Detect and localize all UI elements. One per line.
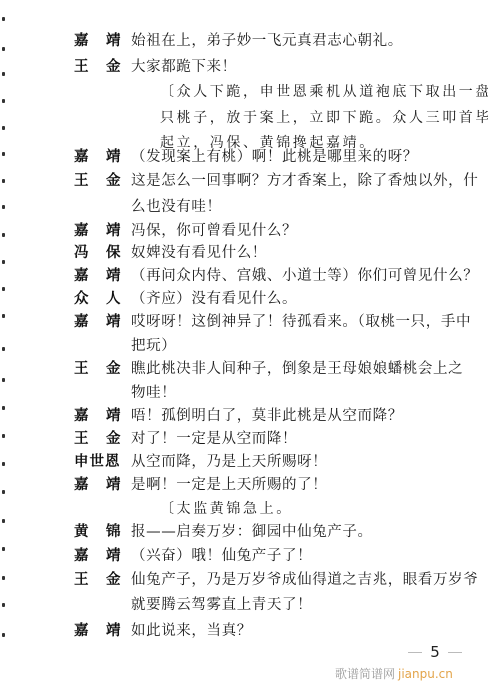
- dialogue-text: 大家都跪下来！: [131, 56, 237, 78]
- speaker-name-char: 嘉: [74, 405, 89, 427]
- speaker-name-char: 嘉: [74, 146, 89, 168]
- dialogue-text: 始祖在上，弟子妙一飞元真君志心朝礼。: [131, 30, 403, 52]
- dialogue-text: 从空而降，乃是上天所赐呀！: [131, 451, 327, 473]
- dialogue-line: 嘉靖是啊！一定是上天所赐的了！: [0, 474, 488, 496]
- binding-hole-mark: [2, 17, 5, 21]
- dialogue-text: （齐应）没有看见什么。: [131, 288, 297, 310]
- dialogue-line: 申世恩从空而降，乃是上天所赐呀！: [0, 451, 488, 473]
- continuation-line: 物哇！: [0, 382, 488, 404]
- dialogue-line: 嘉靖（发现案上有桃）啊！此桃是哪里来的呀？: [0, 146, 488, 168]
- speaker-name-char: 靖: [106, 30, 121, 52]
- speaker-name-char: 靖: [106, 545, 121, 567]
- dialogue-text: （再问众内侍、宫娥、小道士等）你们可曾见什么？: [131, 265, 478, 287]
- speaker-name-char: 冯: [74, 242, 89, 264]
- speaker-name-char: 靖: [106, 220, 121, 242]
- speaker-name-char: 锦: [106, 521, 121, 543]
- dialogue-text: （兴奋）哦！仙兔产子了！: [131, 545, 312, 567]
- stage-direction-line: 〔太监黄锦急上。: [0, 498, 488, 520]
- speaker-name-char: 嘉: [74, 30, 89, 52]
- dialogue-line: 嘉靖如此说来，当真？: [0, 620, 488, 642]
- dialogue-text: 报——启奏万岁：御园中仙兔产子。: [131, 521, 373, 543]
- dialogue-line: 黄锦报——启奏万岁：御园中仙兔产子。: [0, 521, 488, 543]
- dialogue-line: 嘉靖唔！孤倒明白了，莫非此桃是从空而降？: [0, 405, 488, 427]
- dialogue-text: 唔！孤倒明白了，莫非此桃是从空而降？: [131, 405, 403, 427]
- script-page: 嘉靖始祖在上，弟子妙一飞元真君志心朝礼。王金大家都跪下来！〔众人下跪，申世恩乘机…: [0, 0, 488, 690]
- speaker-name-char: 金: [106, 428, 121, 450]
- dialogue-text: 是啊！一定是上天所赐的了！: [131, 474, 327, 496]
- speaker-name-char: 人: [106, 288, 121, 310]
- watermark: 歌谱简谱网jianpu.cn: [335, 665, 485, 687]
- speaker-name-char: 金: [106, 56, 121, 78]
- speaker-name-char: 嘉: [74, 220, 89, 242]
- stage-direction-text: 只桃子，放于案上，立即下跪。众人三叩首毕，: [160, 107, 488, 129]
- speaker-name-char: 靖: [106, 620, 121, 642]
- speaker-name-char: 保: [106, 242, 121, 264]
- dialogue-text: 瞧此桃决非人间种子，倒象是王母娘娘蟠桃会上之: [131, 358, 463, 380]
- dialogue-text: 仙兔产子，乃是万岁爷成仙得道之吉兆，眼看万岁爷: [131, 569, 478, 591]
- speaker-name-char: 王: [74, 569, 89, 591]
- speaker-name-char: 金: [106, 569, 121, 591]
- dialogue-text: 哎呀呀！这倒神异了！待孤看来。（取桃一只，手中: [131, 311, 471, 333]
- continuation-line: 么也没有哇！: [0, 196, 488, 218]
- speaker-name-char: 嘉: [74, 474, 89, 496]
- speaker-name-char: 王: [74, 358, 89, 380]
- speaker-name-char: 王: [74, 170, 89, 192]
- speaker-name-char: 众: [74, 288, 89, 310]
- dialogue-line: 众人（齐应）没有看见什么。: [0, 288, 488, 310]
- dialogue-text: 奴婢没有看见什么！: [131, 242, 267, 264]
- speaker-name-char: 靖: [106, 311, 121, 333]
- dialogue-text: （发现案上有桃）啊！此桃是哪里来的呀？: [131, 146, 418, 168]
- dialogue-text: 么也没有哇！: [131, 196, 222, 218]
- continuation-line: 就要腾云驾雾直上青天了！: [0, 594, 488, 616]
- page-number: 5: [400, 643, 470, 663]
- watermark-site: jianpu.cn: [398, 667, 453, 681]
- speaker-name-char: 金: [106, 358, 121, 380]
- speaker-name-char: 嘉: [74, 545, 89, 567]
- dialogue-text: 把玩）: [131, 335, 176, 357]
- stage-direction-line: 只桃子，放于案上，立即下跪。众人三叩首毕，: [0, 107, 488, 129]
- dialogue-line: 嘉靖始祖在上，弟子妙一飞元真君志心朝礼。: [0, 30, 488, 52]
- speaker-name-char: 黄: [74, 521, 89, 543]
- continuation-line: 把玩）: [0, 335, 488, 357]
- speaker-name-char: 嘉: [74, 620, 89, 642]
- speaker-name-char: 嘉: [74, 265, 89, 287]
- dialogue-line: 嘉靖哎呀呀！这倒神异了！待孤看来。（取桃一只，手中: [0, 311, 488, 333]
- stage-direction-line: 〔众人下跪，申世恩乘机从道袍底下取出一盘四: [0, 81, 488, 103]
- dialogue-text: 冯保，你可曾看见什么？: [131, 220, 297, 242]
- speaker-name-char: 靖: [106, 265, 121, 287]
- dialogue-text: 物哇！: [131, 382, 176, 404]
- dialogue-line: 嘉靖（再问众内侍、宫娥、小道士等）你们可曾见什么？: [0, 265, 488, 287]
- stage-direction-text: 〔众人下跪，申世恩乘机从道袍底下取出一盘四: [160, 81, 488, 103]
- speaker-name-char: 嘉: [74, 311, 89, 333]
- stage-direction-text: 〔太监黄锦急上。: [160, 498, 293, 520]
- dialogue-text: 就要腾云驾雾直上青天了！: [131, 594, 312, 616]
- watermark-cn: 歌谱简谱网: [335, 667, 395, 681]
- speaker-name-char: 王: [74, 428, 89, 450]
- page-number-value: 5: [430, 643, 440, 661]
- speaker-name-char: 金: [106, 170, 121, 192]
- page-number-dash-left: [408, 652, 422, 653]
- dialogue-line: 嘉靖冯保，你可曾看见什么？: [0, 220, 488, 242]
- dialogue-line: 王金大家都跪下来！: [0, 56, 488, 78]
- speaker-name-char: 靖: [106, 405, 121, 427]
- dialogue-line: 嘉靖（兴奋）哦！仙兔产子了！: [0, 545, 488, 567]
- dialogue-text: 如此说来，当真？: [131, 620, 252, 642]
- dialogue-text: 对了！一定是从空而降！: [131, 428, 297, 450]
- dialogue-line: 王金对了！一定是从空而降！: [0, 428, 488, 450]
- dialogue-text: 这是怎么一回事啊？方才香案上，除了香烛以外，什: [131, 170, 478, 192]
- page-number-dash-right: [448, 652, 462, 653]
- speaker-name-char: 靖: [106, 474, 121, 496]
- dialogue-line: 王金这是怎么一回事啊？方才香案上，除了香烛以外，什: [0, 170, 488, 192]
- dialogue-line: 王金瞧此桃决非人间种子，倒象是王母娘娘蟠桃会上之: [0, 358, 488, 380]
- dialogue-line: 冯保奴婢没有看见什么！: [0, 242, 488, 264]
- speaker-name-char: 王: [74, 56, 89, 78]
- dialogue-line: 王金仙兔产子，乃是万岁爷成仙得道之吉兆，眼看万岁爷: [0, 569, 488, 591]
- speaker-name: 申世恩: [74, 451, 121, 473]
- speaker-name-char: 靖: [106, 146, 121, 168]
